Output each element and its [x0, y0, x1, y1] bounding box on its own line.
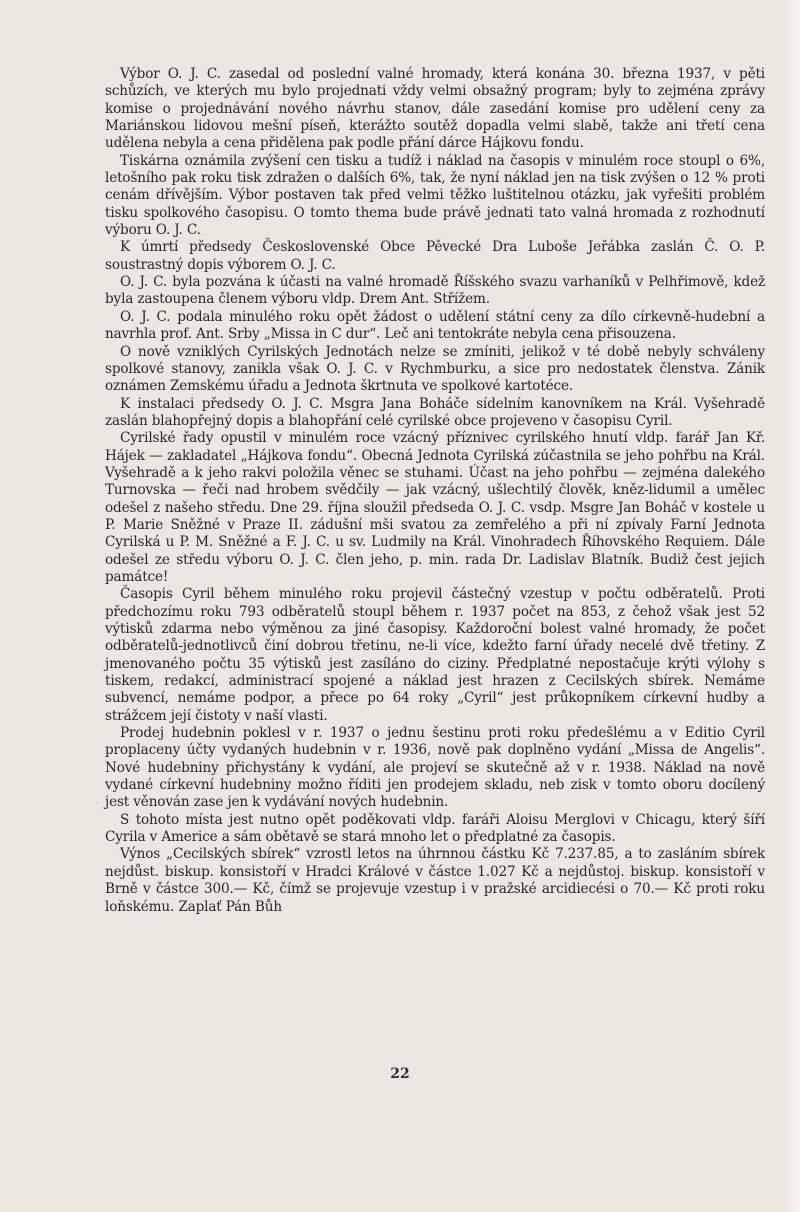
paragraph-sheet-music-sales: Prodej hudebnin poklesl v r. 1937 o jedn… [105, 725, 765, 812]
paragraph-condolence: K úmrtí předsedy Československé Obce Pěv… [105, 239, 765, 274]
paragraph-state-prize: O. J. C. podala minulého roku opět žádos… [105, 309, 765, 344]
paragraph-thanks-chicago: S tohoto místa jest nutno opět poděkovat… [105, 812, 765, 847]
document-body: Výbor O. J. C. zasedal od poslední valné… [105, 66, 765, 916]
paragraph-committee-meetings: Výbor O. J. C. zasedal od poslední valné… [105, 66, 765, 153]
paragraph-organists-union: O. J. C. byla pozvána k účasti na valné … [105, 274, 765, 309]
paragraph-new-unions: O nově vzniklých Cyrilských Jednotách ne… [105, 344, 765, 396]
paragraph-printing-costs: Tiskárna oznámila zvýšení cen tisku a tu… [105, 153, 765, 240]
page-number: 22 [0, 1066, 800, 1082]
paragraph-obituary: Cyrilské řady opustil v minulém roce vzá… [105, 430, 765, 586]
paragraph-installation: K instalaci předsedy O. J. C. Msgra Jana… [105, 396, 765, 431]
paragraph-magazine-cyril: Časopis Cyril během minulého roku projev… [105, 586, 765, 725]
page-edge [786, 0, 800, 1212]
paragraph-cecilian-collections: Výnos „Cecilských sbírek“ vzrostl letos … [105, 846, 765, 915]
